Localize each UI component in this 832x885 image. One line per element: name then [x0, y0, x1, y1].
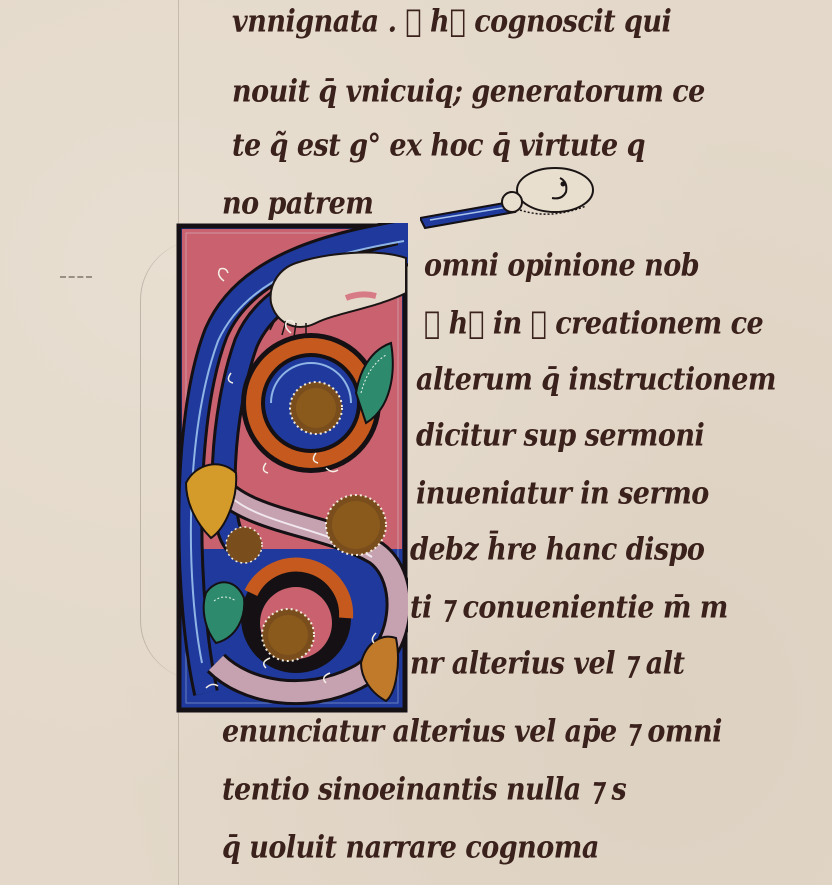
text-line-1: vnnignata . ⁊ h᷑ cognoscit qui	[232, 4, 671, 40]
text-line-10: debz h̄re hanc dispo	[410, 532, 704, 568]
text-line-15: q̄ uoluit narrare cognoma	[222, 830, 599, 866]
text-line-9: inueniatur in sermo	[416, 476, 709, 512]
text-line-3: te q̃ est g° ex hoc q̄ virtute q	[232, 128, 645, 164]
text-line-12: nr alterius vel ⁊ alt	[410, 646, 684, 682]
dragon-head-icon	[420, 160, 600, 230]
text-line-13: enunciatur alterius vel ap̄e ⁊ omni	[222, 714, 722, 750]
text-line-11: ti ⁊ conuenientie m̄ m	[410, 590, 728, 626]
illuminated-initial-s	[176, 223, 408, 713]
text-line-14: tentio sinoeinantis nulla ⁊ s	[222, 772, 626, 808]
text-line-2: nouit q̄ vnicuiq; generatorum ce	[232, 74, 705, 110]
text-line-5: omni opinione nob	[424, 248, 699, 284]
margin-pencil-mark	[60, 276, 92, 280]
text-line-6: ⁊ h᷑ in ⁊ creationem ce	[424, 306, 763, 342]
text-line-7: alterum q̄ instructionem	[416, 362, 776, 398]
manuscript-page: vnnignata . ⁊ h᷑ cognoscit qui nouit q̄ …	[0, 0, 832, 885]
text-line-4: no patrem	[222, 186, 373, 222]
text-line-8: dicitur sup sermoni	[416, 418, 704, 454]
